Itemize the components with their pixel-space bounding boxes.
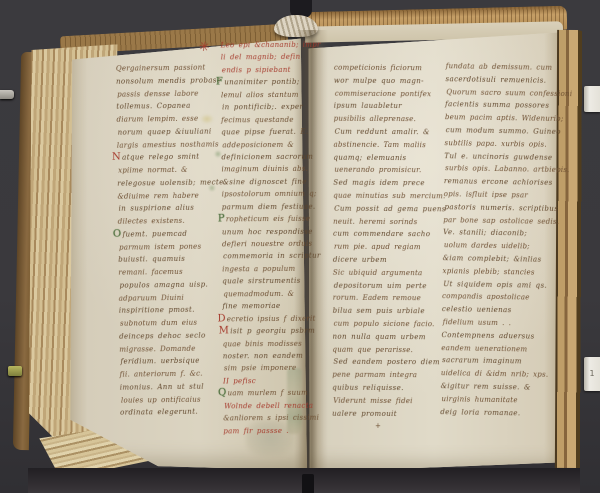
red-paragraph-flourish: ✳ [192,36,216,60]
manuscript-text-line: Quam murlem f suum [223,387,333,400]
line-text: unanimiter pontib; [224,76,299,89]
line-text: quemadmodum. & [223,288,294,301]
line-text: lemul alios stantum [221,89,299,102]
line-text: abstinencie. Tam maliis [334,138,427,151]
left-page-column-2: Leo epi &chananib; imprli del magnib; de… [221,39,334,438]
tab-label: 1 [589,370,594,378]
line-text: atque relego smint [122,151,199,165]
line-text: imonius. Ann ut stul [120,380,204,394]
manuscript-text-line: commiseracione pontifex [335,87,445,100]
manuscript-text-line: &sine dignoscet fine [223,175,333,188]
line-text: buiusti. quamuis [118,253,185,266]
line-text: ualere promouit [332,407,397,420]
line-text: addeposicionem & [222,138,294,151]
manuscript-text-line: ingesta a populum [222,262,332,275]
line-text: Ve. stanili; diaconib; [443,226,527,240]
line-text: dicere urbem [333,254,387,267]
bottom-clasp-strap [302,474,314,493]
line-text: parmum istem pones [119,240,201,254]
line-text: fidelium usum . . [443,316,512,330]
manuscript-text-line: wor mulpe quo magn- [334,75,444,88]
manuscript-text-line: non nulla quam urbem [332,330,442,343]
manuscript-text-line: imaginum diuinis abs. [221,163,331,176]
line-text: ipsum lauabletur [334,100,402,113]
line-text: Leo epi &chananib; impr [221,39,321,52]
line-text: fine memoriae [222,300,280,313]
line-text: populos amagna uisp. [119,278,208,292]
manuscript-text-line: pusibilis alleprenase. [334,113,444,126]
decorated-initial: M [219,325,230,336]
manuscript-text-line: fecimus questande [221,113,331,126]
manuscript-text-line: Funanimiter pontib; [221,76,331,89]
manuscript-text-line: &anliorem s ipsi cissimi [223,412,333,425]
line-text: quae pipse fuerat. E. [221,126,308,139]
manuscript-text-line: Leo epi &chananib; impr [221,39,331,52]
line-text: opis. isfluit ipse psar [444,188,528,202]
manuscript-text-line: Sic ubiquid argumenta [333,266,443,279]
manuscript-text-line: Wolnde debell renacta [224,399,334,412]
line-text: pene parmam integra [332,369,417,382]
manuscript-text-line: commemoria in scriptur [223,250,333,263]
manuscript-text-line: sim psie imponere [224,362,334,375]
line-text: compandis apostolicae [442,290,530,304]
line-text: competicionis ficiorum [334,62,422,75]
manuscript-text-line: quamq; elemuanis [333,151,443,164]
line-text: ropheticum eis fuisse [226,213,310,226]
line-text: relegosue uolensib; mecte. [117,176,226,190]
line-text: quam que perarisse. [332,343,413,356]
decorated-initial: O [113,228,122,239]
manuscript-text-line: lemul alios stantum [221,88,331,101]
line-text: passis densse labore [117,87,199,101]
line-text: ordinata elegerunt. [120,406,198,420]
line-text: + [375,420,381,433]
line-text: quamq; elemuanis [333,151,406,164]
manuscript-text-line: ipsostolorum omnium q; [222,188,332,201]
manuscript-text-line: + [332,420,418,433]
manuscript-text-line: bilua sem puis urbiale [333,305,443,318]
line-text: eandem uenerationem [441,342,527,356]
line-text: in pontificib;. exper [222,101,303,114]
manuscript-text-line: quae minutias sub mercium. [333,190,443,203]
manuscript-text-line: unum hoc respondisse [222,225,332,238]
manuscript-text-line: pene parmam integra [332,369,442,382]
line-text: &iam complebit; &inlias [443,252,542,266]
line-text: diarum lempim. esse [116,113,198,127]
line-text: pam fir passse . [223,424,289,437]
line-text: isit p georgiu psbrm [230,325,315,338]
decorated-initial: Q [218,388,227,399]
line-text: &anliorem s ipsi cissimi [223,412,319,425]
manuscript-text-line: in pontificib;. exper [222,101,332,114]
line-text: xpiime normat. & [118,164,188,177]
manuscript-text-line: Sed magis idem prece [333,177,443,190]
line-text: parmum diem festiuae. [222,200,316,213]
line-text: subnotum dum eius [120,317,197,331]
manuscript-text-line: dicere urbem [333,254,443,267]
line-text: uolum dardes uidelib; [444,239,530,253]
manuscript-text-line: quale sirstrumentis [222,275,332,288]
line-text: deig loria romanae. [440,406,520,420]
line-text: rorum. Eadem remoue [333,292,421,305]
manuscript-text-line: defieri nouestre orduis [222,238,332,251]
line-text: Sed magis idem prece [333,177,425,190]
manuscript-text-line: rorum. Eadem remoue [333,292,443,305]
manuscript-text-line: quae pipse fuerat. E. [221,126,331,139]
line-text: &igitur rem suisse. & [441,380,531,394]
fore-edge-tab-upper [584,86,600,112]
line-text: ecretio ipsius f dixerit [227,312,316,325]
decorated-initial: N [112,152,121,163]
line-text: celestio uenienas [442,303,512,317]
line-text: remani. facemus [118,266,183,279]
line-text: fuemt. puemcad [122,228,187,241]
manuscript-photo: 1 ✳ Qergainersum passiontnonsolum mendis… [0,0,600,493]
line-text: Cum reddunt amalir. & [335,126,430,139]
manuscript-text-line: parmum diem festiuae. [222,200,332,213]
manuscript-text-line: definicionem sacrorum [221,151,331,164]
manuscript-text-line: ordinata elegerunt. [120,406,230,420]
line-text: II pefisc [223,375,256,388]
manuscript-text-line: II pefisc [223,374,333,387]
decorated-initial: D [218,313,226,324]
decorated-initial: F [216,77,223,88]
line-text: defieri nouestre orduis [222,238,312,251]
line-text: Qergainersum passiont [116,62,206,76]
line-text: quae minutias sub mercium. [333,190,445,203]
line-text: commemoria in scriptur [223,250,321,263]
line-text: depositorum uim perte [334,279,427,292]
line-text: bilua sem puis urbiale [333,305,425,318]
line-text: neuit. heremi sorinds [333,215,417,228]
line-text: &diuime rem habere [117,189,199,203]
manuscript-text-line: depositorum uim perte [334,279,444,292]
left-clasp-catch [8,366,22,376]
fore-edge-tab-lower: 1 [584,357,600,391]
line-text: unum hoc respondisse [222,225,313,238]
manuscript-text-line: neuit. heremi sorinds [333,215,443,228]
manuscript-text-line: rum pie. apud regiam [334,241,444,254]
line-text: uam murlem f suum [227,387,307,400]
line-text: louies up ontificaius [121,393,201,407]
line-text: Sic ubiquid argumenta [333,266,423,279]
line-text: commiseracione pontifex [335,87,432,100]
manuscript-text-line: cum populo sicione facio. [334,318,444,331]
line-text: uirginis humanitate [441,393,517,407]
manuscript-text-line: addeposicionem & [222,138,332,151]
manuscript-text-line: competicionis ficiorum [334,62,444,75]
line-text: dilectes existens. [118,215,185,228]
line-text: rum pie. apud regiam [334,241,421,254]
manuscript-text-line: noster. non eandem [223,350,333,363]
line-text: largis amestius nosthamis [117,138,219,152]
line-text: Contempnens aduersus [441,329,534,343]
line-text: Wolnde debell renacta [224,399,313,412]
line-text: fecimus questande [221,114,294,127]
line-text: cum commendare sacho [333,228,430,241]
manuscript-text-line: ipsum lauabletur [334,100,444,113]
line-text: Sed eandem postero diem [333,356,440,369]
manuscript-text-line: quam que perarisse. [332,343,442,356]
manuscript-text-line: ualere promouit [332,407,442,420]
line-text: in suspirione alius [119,202,195,216]
line-text: Cum possit ad gema puens [334,202,446,215]
right-page-column-2: fundata ab demissum. cumsacerdotisuli re… [440,60,556,420]
line-text: tollemus. Copanea [116,100,190,114]
manuscript-text-line: Misit p georgiu psbrm [224,325,334,338]
line-text: Viderunt misse fidei [333,394,413,407]
line-text: &sine dignoscet fine [223,176,307,189]
line-text: wor mulpe quo magn- [334,75,424,88]
manuscript-text-line: deig loria romanae. [440,406,550,421]
line-text: migrasse. Domande [119,342,195,356]
manuscript-text-line: Cum possit ad gema puens [334,202,444,215]
line-text: non nulla quam urbem [332,330,425,343]
line-text: endis p sipiebant [222,64,291,77]
line-text: ingesta a populum [222,263,295,276]
line-text: sim psie imponere [224,362,297,375]
manuscript-text-line: cum commendare sacho [333,228,443,241]
manuscript-text-line: Sed eandem postero diem [333,356,443,369]
line-text: cum populo sicione facio. [334,318,435,331]
manuscript-text-line: li del magnib; defin [221,51,331,64]
manuscript-text-line: quae binis modisses [223,337,333,350]
manuscript-text-line: Decretio ipsius f dixerit [223,312,333,325]
line-text: inspiritione pmost. [119,304,195,318]
line-text: pusibilis alleprenase. [334,113,416,126]
line-text: uenerando promisicur. [334,164,421,177]
line-text: li del magnib; defin [221,51,301,64]
manuscript-text-line: quibus reliquisse. [332,382,442,395]
line-text: xpianis plebib; stancies [442,265,534,279]
line-text: adparuum Diuini [119,291,184,304]
line-text: quibus reliquisse. [332,382,404,395]
line-text: feridium. uerbsique [120,355,199,369]
decorated-initial: P [218,213,225,224]
manuscript-text-line: abstinencie. Tam maliis [334,138,444,151]
line-text: imaginum diuinis abs. [221,163,308,176]
left-clasp [0,90,14,99]
manuscript-text-line: pam fir passse . [223,424,333,437]
line-text: nonsolum mendis probase [116,74,221,88]
manuscript-text-line: quemadmodum. & [223,287,333,300]
manuscript-text-line: Propheticum eis fuisse [223,213,333,226]
manuscript-text-line: uenerando promisicur. [334,164,444,177]
line-text: definicionem sacrorum [221,151,313,164]
line-text: noster. non eandem [223,350,303,363]
line-text: quale sirstrumentis [222,275,300,288]
line-text: ipsostolorum omnium q; [222,188,317,201]
line-text: quae binis modisses [223,337,302,350]
left-page-column-1: Qergainersum passiontnonsolum mendis pro… [116,61,230,419]
right-page-column-1: competicionis ficiorumwor mulpe quo magn… [332,62,444,434]
line-text: norum quaep &iuuliani [118,125,212,139]
line-text: sacrarum imaginum [442,354,522,368]
manuscript-text-line: Viderunt misse fidei [333,394,443,407]
manuscript-text-line: fine memoriae [222,300,332,313]
manuscript-text-line: Cum reddunt amalir. & [335,126,445,139]
manuscript-text-line: endis p sipiebant [222,63,332,76]
line-text: deinceps dehoc seclo [119,329,206,343]
line-text: fii. anteriorum f. &c. [120,368,203,382]
